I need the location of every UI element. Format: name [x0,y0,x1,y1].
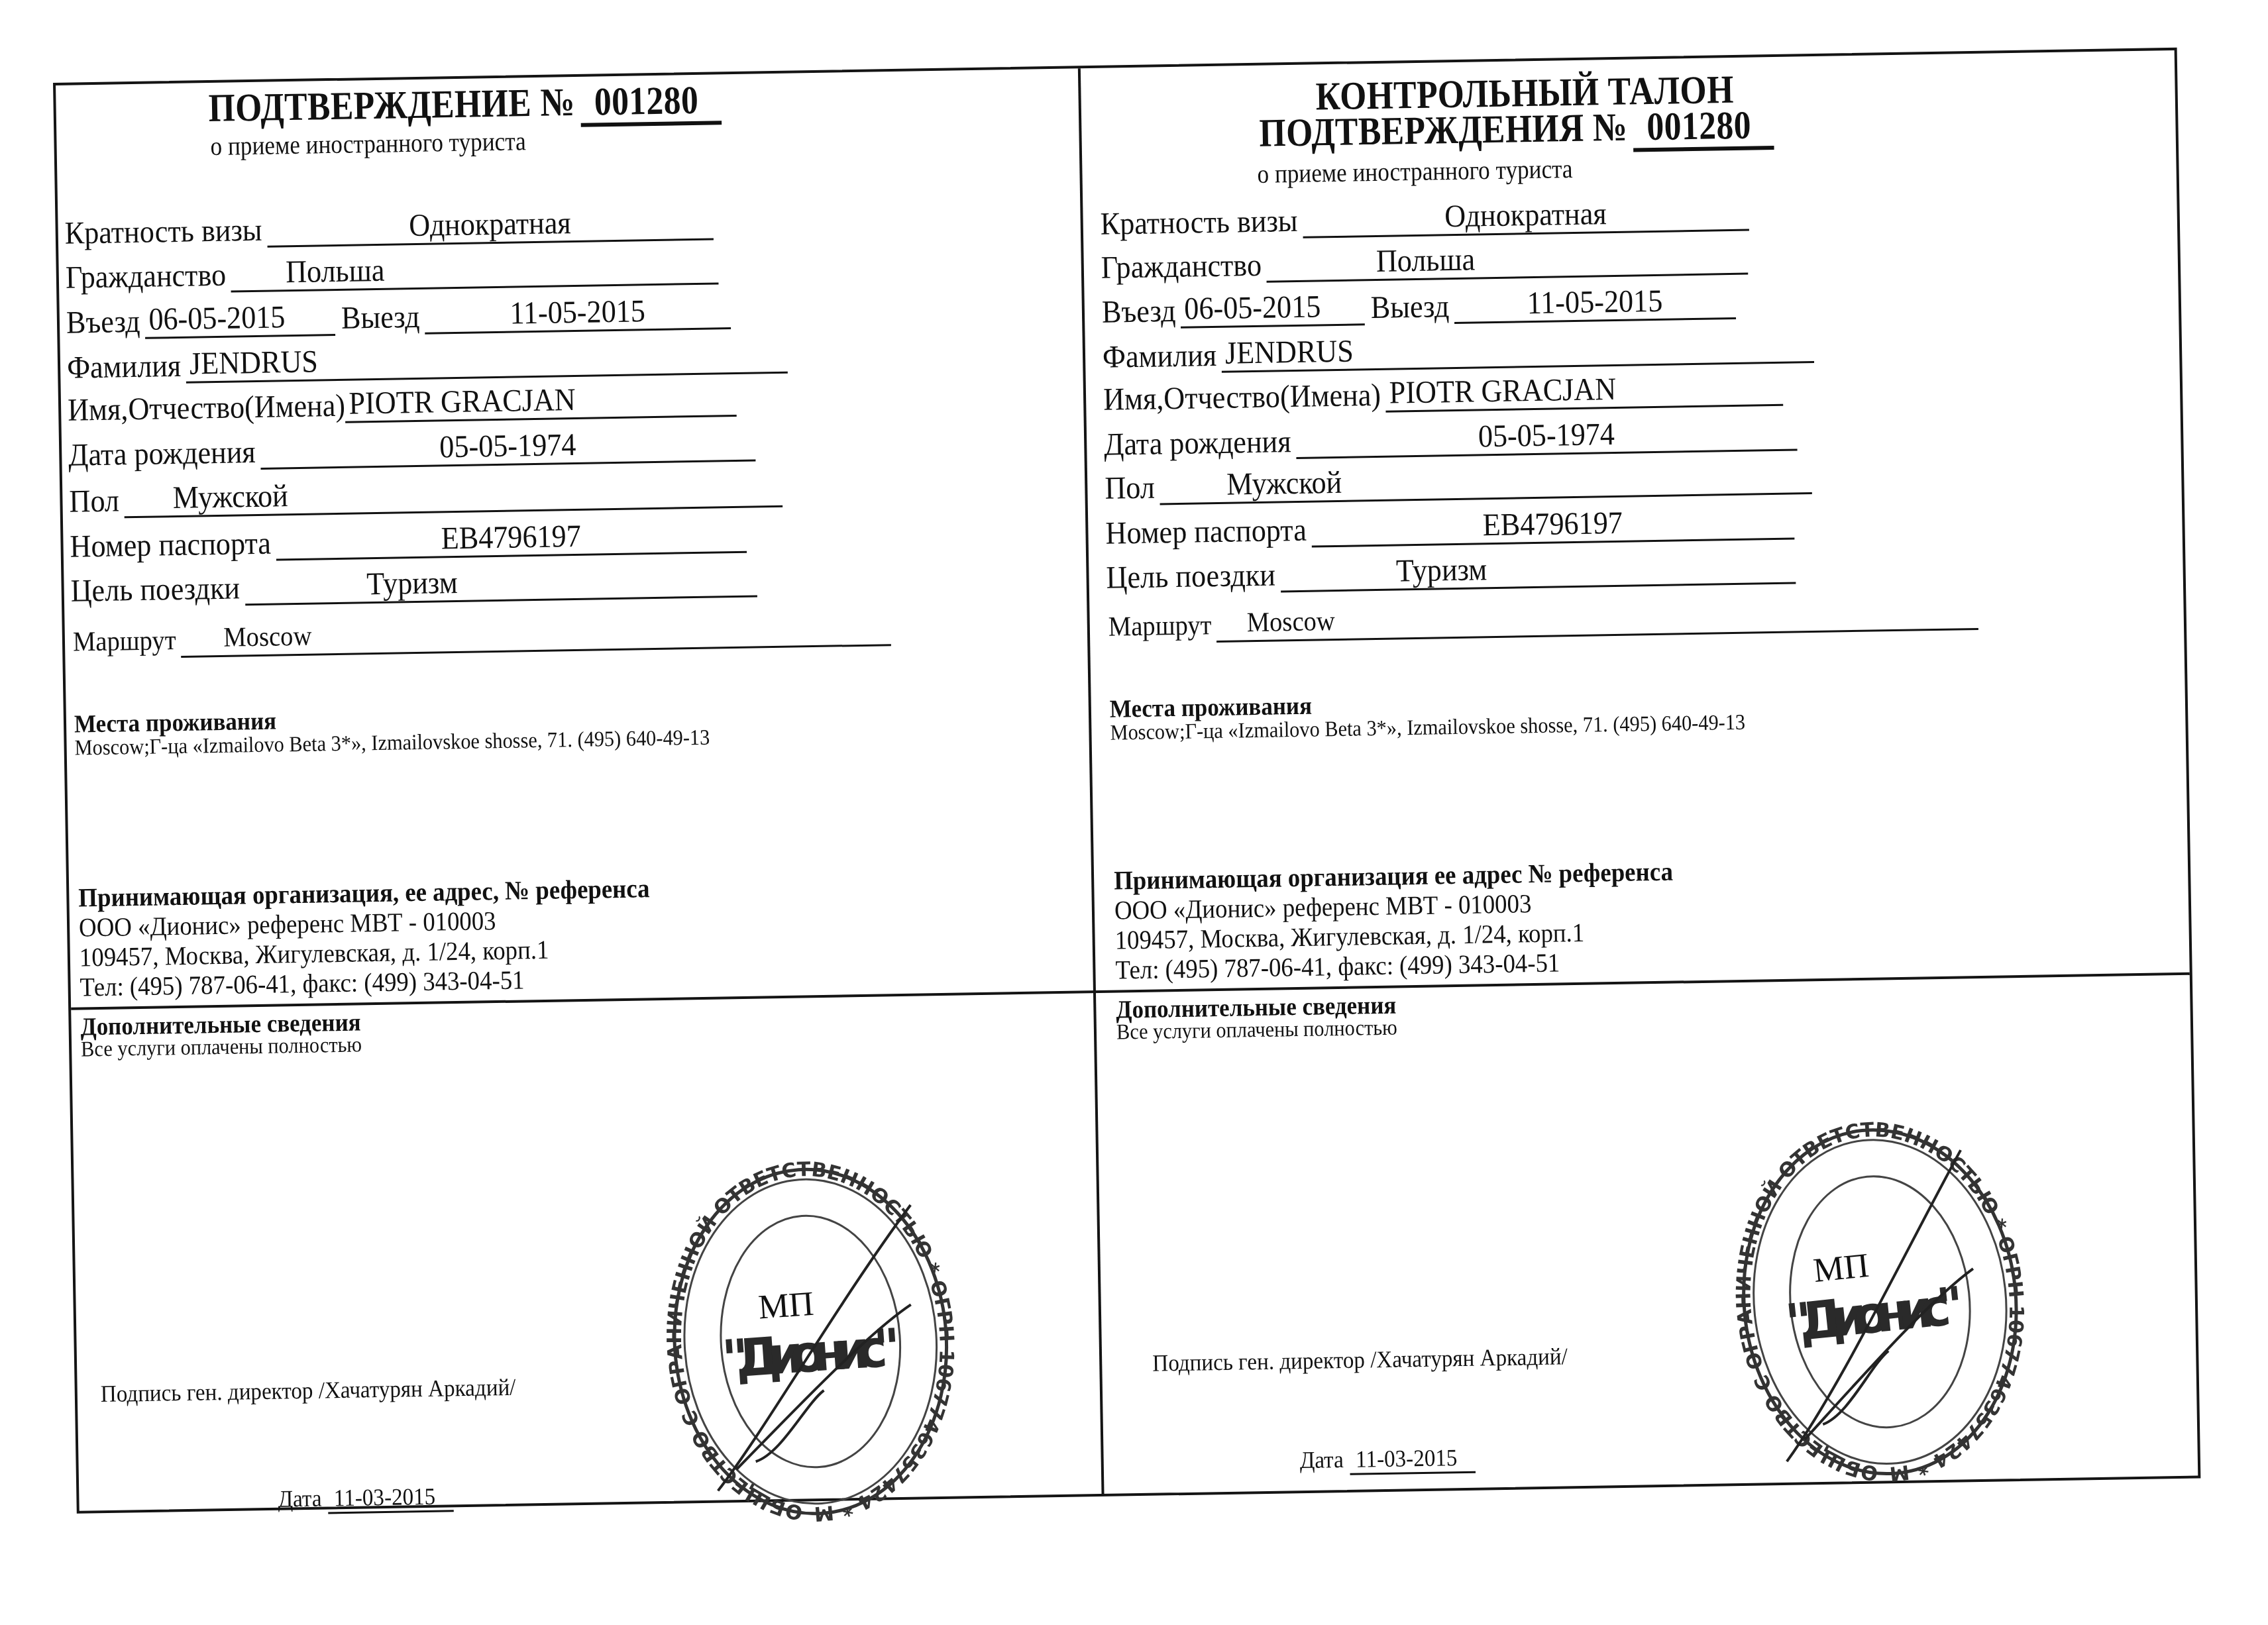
field-label: Номер паспорта [70,527,271,564]
field-label: Выезд [341,300,420,336]
field-entry-exit: Въезд 06-05-2015 Выезд 11-05-2015 [1101,283,1736,330]
stamp-mp-label: МП [1811,1247,1870,1290]
confirmation-title-text: ПОДТВЕРЖДЕНИЕ № [208,80,575,130]
field-sex: Пол Мужской [1105,458,1812,506]
field-value: Мужской [124,471,783,518]
director-signature-line: Подпись ген. директор /Хачатурян Аркадий… [1152,1342,1568,1377]
field-label: Фамилия [67,349,182,386]
field-surname: Фамилия JENDRUS [67,337,788,386]
field-value: EB4796197 [1311,503,1794,548]
field-value: Польша [1266,238,1749,283]
field-sex: Пол Мужской [69,471,783,519]
field-birth-date: Дата рождения 05-05-1974 [68,425,755,473]
field-birth-date: Дата рождения 05-05-1974 [1104,414,1798,462]
field-label: Цель поездки [1106,558,1275,596]
field-value: 06-05-2015 [1180,289,1365,329]
stamp-mp-label: МП [757,1285,816,1327]
field-value: Туризм [244,560,757,605]
field-value: 05-05-1974 [260,425,755,470]
field-trip-purpose: Цель поездки Туризм [1106,548,1796,596]
field-label: Кратность визы [1100,204,1298,242]
field-label: Фамилия [1103,339,1217,375]
field-value: 11-05-2015 [424,293,731,335]
field-visa-multiplicity: Кратность визы Однократная [1100,195,1749,242]
field-value: 11-05-2015 [1454,283,1736,324]
company-stamp-right: ОБЩЕСТВО С ОГРАНИЧЕННОЙ ОТВЕТСТВЕННОСТЬЮ… [1721,1119,2043,1518]
field-value: Польша [231,248,719,292]
date-label: Дата [1299,1446,1344,1473]
signature-date: Дата11-03-2015 [1299,1443,1476,1476]
control-stub-title-line-2: ПОДТВЕРЖДЕНИЯ №001280 [1259,105,1774,158]
field-entry-exit: Въезд 06-05-2015 Выезд 11-05-2015 [66,293,731,341]
field-label: Маршрут [1108,608,1211,645]
field-label: Въезд [1102,294,1176,330]
host-org-line-3: Тел: (495) 787-06-41, факс: (499) 343-04… [1115,948,1560,984]
field-value: Туризм [1280,548,1796,593]
field-value: Moscow [180,609,891,658]
field-label: Имя,Отчество(Имена) [68,389,346,428]
field-label: Дата рождения [68,435,256,473]
control-stub-subtitle: о приеме иностранного туриста [1257,153,1573,189]
round-seal-icon: ОБЩЕСТВО С ОГРАНИЧЕННОЙ ОТВЕТСТВЕННОСТЬЮ… [657,1163,967,1553]
field-given-names: Имя,Отчество(Имена) PIOTR GRACJAN [1103,370,1784,417]
field-label: Гражданство [65,258,226,295]
field-label: Имя,Отчество(Имена) [1103,378,1381,417]
date-value: 11-03-2015 [327,1482,454,1514]
field-label: Пол [1105,471,1155,506]
field-value: PIOTR GRACJAN [345,380,737,423]
field-value: Мужской [1160,458,1812,505]
field-label: Цель поездки [70,571,240,608]
field-value: Однократная [266,204,713,248]
field-given-names: Имя,Отчество(Имена) PIOTR GRACJAN [68,380,737,428]
field-citizenship: Гражданство Польша [65,248,718,295]
confirmation-subtitle: о приеме иностранного туриста [210,125,526,162]
field-surname: Фамилия JENDRUS [1103,327,1814,375]
stamp-company-name: "Дионис" [720,1318,903,1390]
field-trip-purpose: Цель поездки Туризм [70,560,757,608]
field-label: Гражданство [1101,248,1262,286]
control-stub-column: КОНТРОЛЬНЫЙ ТАЛОН ПОДТВЕРЖДЕНИЯ №001280 … [1078,50,2198,1494]
control-stub-title-text: ПОДТВЕРЖДЕНИЯ № [1259,105,1628,155]
host-org-heading: Принимающая организация ее адрес № рефер… [1114,857,1673,896]
field-label: Номер паспорта [1105,513,1307,551]
field-value: Однократная [1302,195,1749,238]
company-stamp-left: ОБЩЕСТВО С ОГРАНИЧЕННОЙ ОТВЕТСТВЕННОСТЬЮ… [657,1163,967,1553]
field-value: 05-05-1974 [1295,414,1797,459]
field-label: Кратность визы [64,213,262,251]
field-route: Маршрут Moscow [73,609,892,659]
field-value: 06-05-2015 [144,299,335,339]
field-value: PIOTR GRACJAN [1385,370,1784,413]
field-visa-multiplicity: Кратность визы Однократная [64,204,713,251]
signature-date: Дата11-03-2015 [278,1482,454,1514]
field-passport-number: Номер паспорта EB4796197 [1105,503,1794,551]
confirmation-number: 001280 [580,79,722,127]
field-value: EB4796197 [276,517,747,561]
control-stub-number: 001280 [1633,105,1774,152]
field-route: Маршрут Moscow [1108,594,1978,645]
confirmation-title: ПОДТВЕРЖДЕНИЕ №001280 [208,79,722,133]
field-passport-number: Номер паспорта EB4796197 [70,517,747,564]
date-label: Дата [278,1485,322,1512]
date-value: 11-03-2015 [1350,1443,1476,1475]
director-signature-line: Подпись ген. директор /Хачатурян Аркадий… [100,1373,515,1408]
additional-text: Все услуги оплачены полностью [1116,1016,1397,1045]
field-value: JENDRUS [186,337,788,384]
field-label: Въезд [66,305,140,341]
field-label: Маршрут [73,623,176,660]
field-label: Выезд [1370,289,1449,325]
host-org-line-3: Тел: (495) 787-06-41, факс: (499) 343-04… [80,965,525,1002]
field-label: Пол [69,484,119,519]
additional-text: Все услуги оплачены полностью [81,1033,362,1061]
host-org-heading: Принимающая организация, ее адрес, № реф… [78,874,650,912]
field-label: Дата рождения [1104,425,1291,462]
field-value: JENDRUS [1221,327,1814,373]
round-seal-icon: ОБЩЕСТВО С ОГРАНИЧЕННОЙ ОТВЕТСТВЕННОСТЬЮ… [1721,1119,2043,1518]
field-value: Moscow [1216,594,1978,643]
field-citizenship: Гражданство Польша [1101,238,1748,286]
